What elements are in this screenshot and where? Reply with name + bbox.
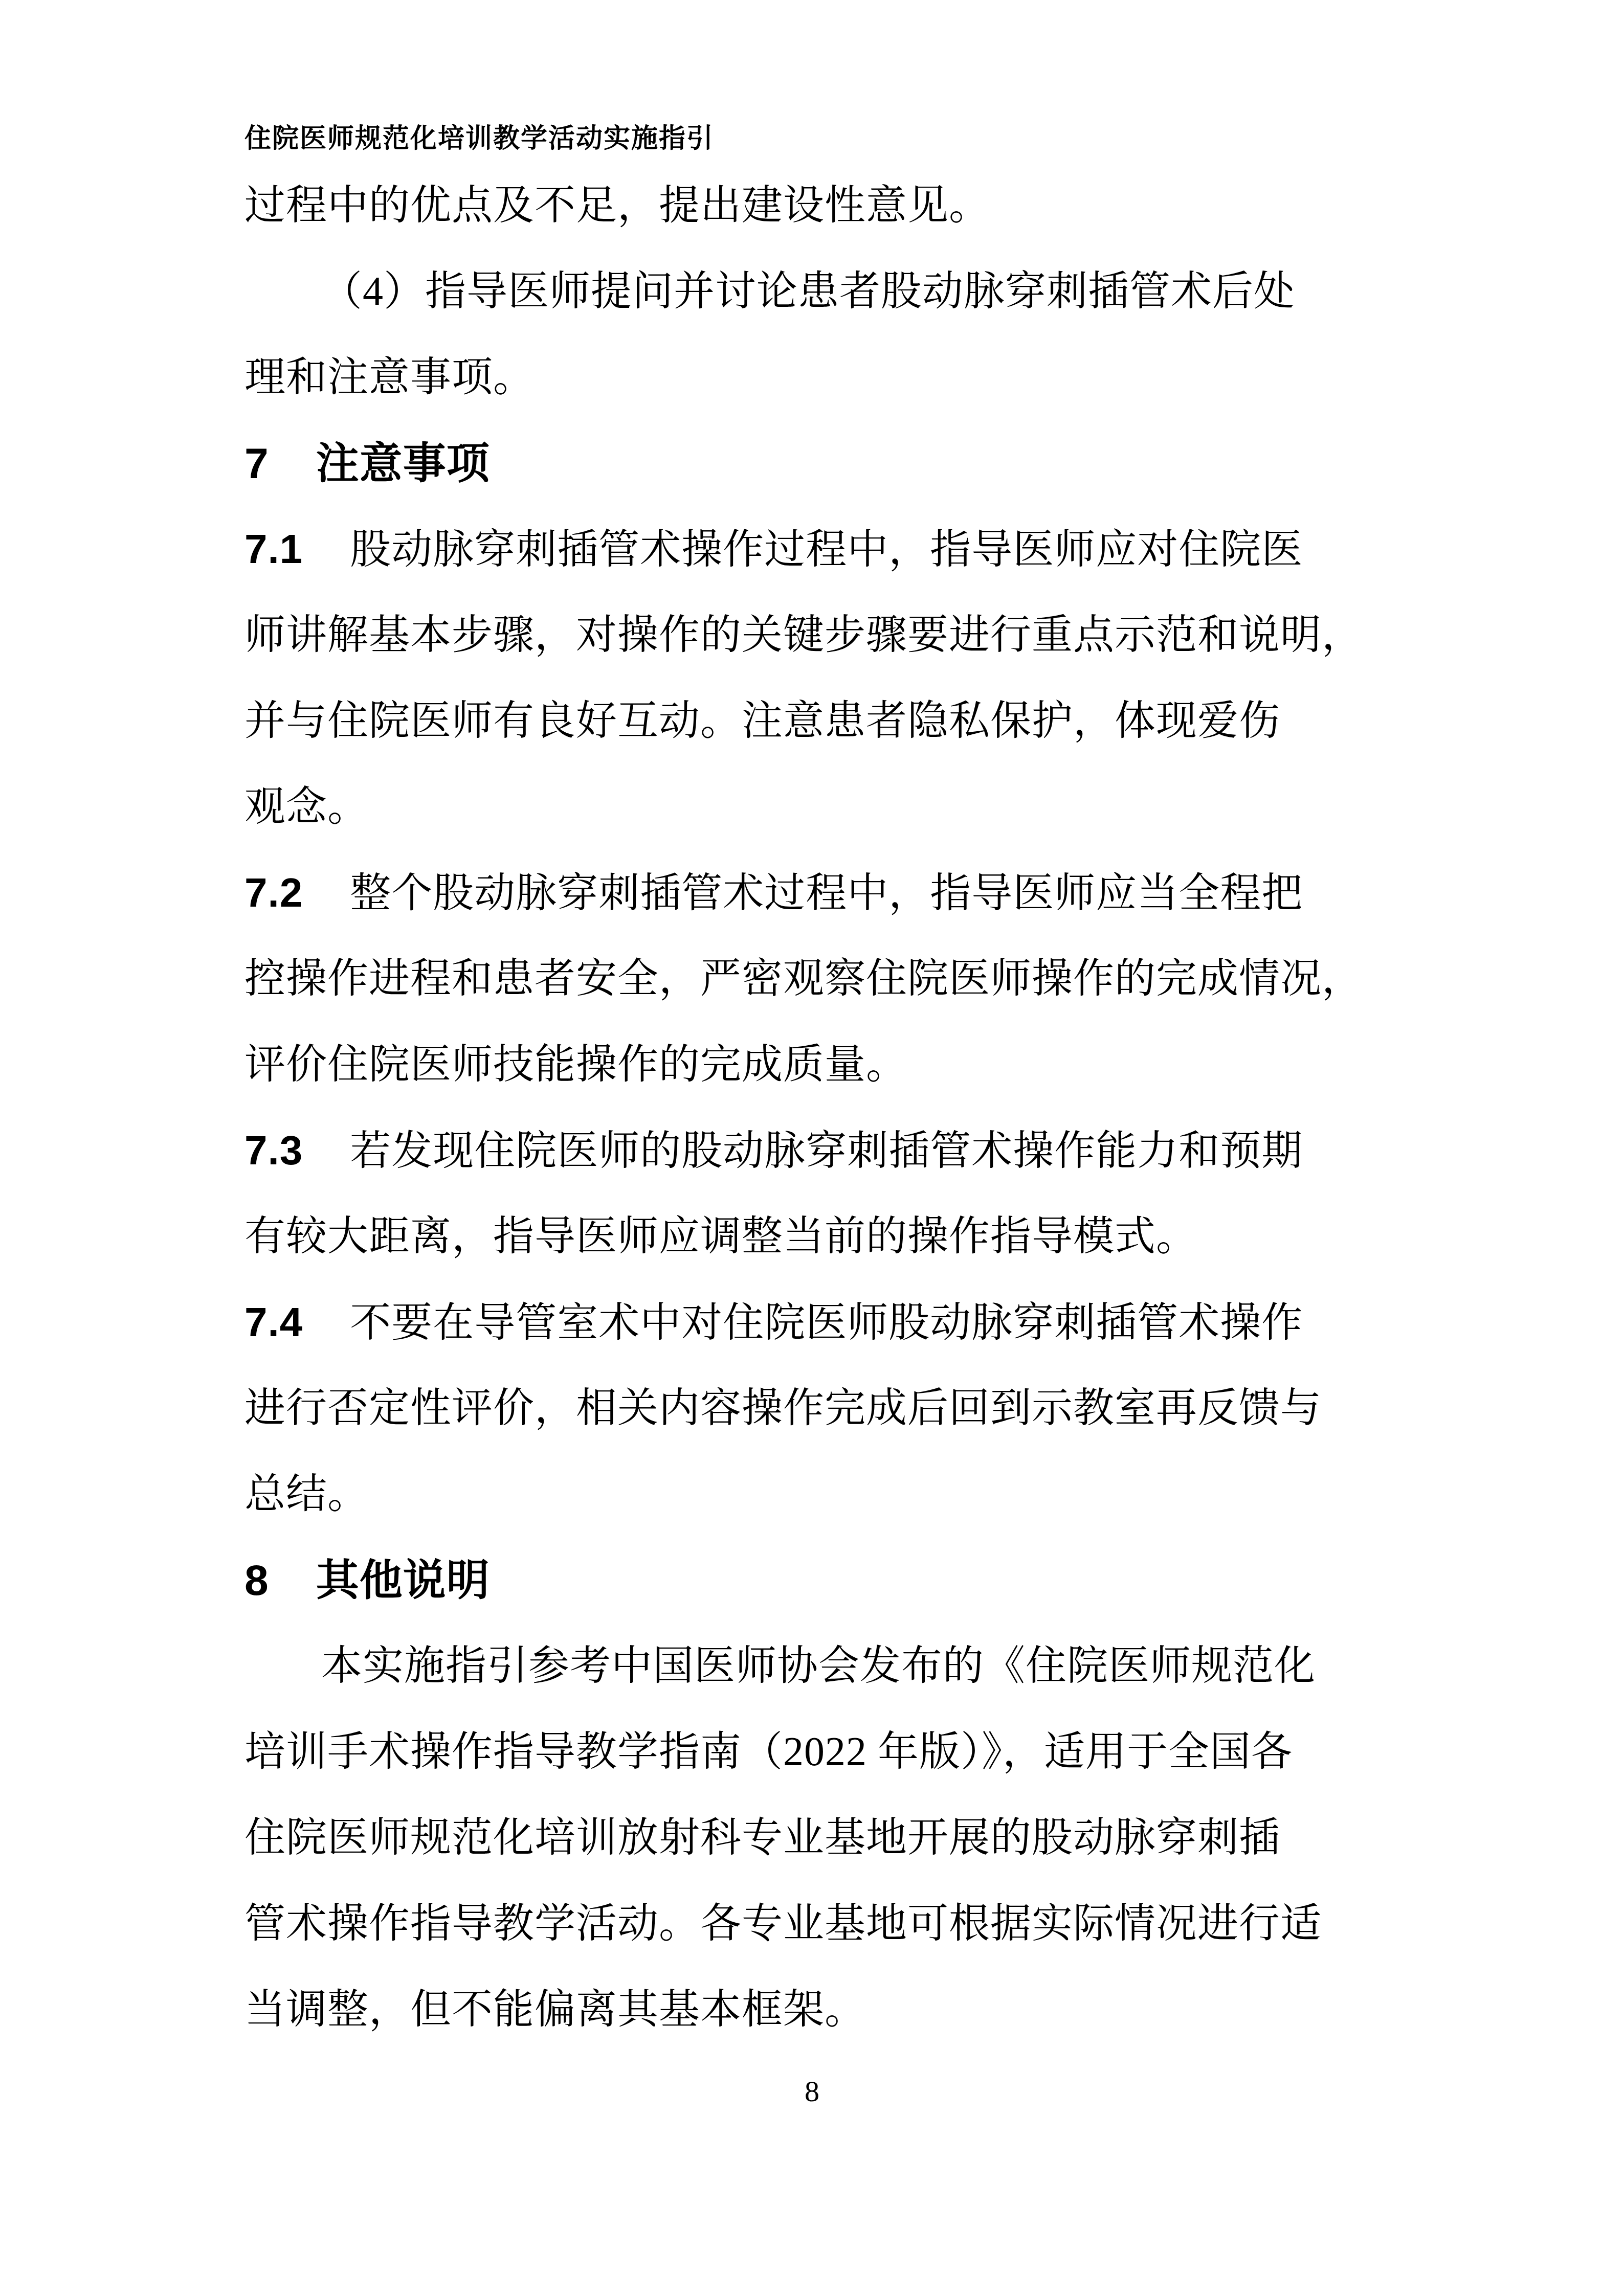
paragraph-line: 师讲解基本步骤，对操作的关键步骤要进行重点示范和说明，: [244, 592, 1385, 678]
document-page: 住院医师规范化培训教学活动实施指引 过程中的优点及不足，提出建设性意见。 （4）…: [0, 0, 1624, 2296]
section-7-number: 7: [244, 439, 269, 487]
item-7-3-text: 若发现住院医师的股动脉穿刺插管术操作能力和预期: [350, 1129, 1303, 1174]
paragraph-line: 进行否定性评价，相关内容操作完成后回到示教室再反馈与: [244, 1365, 1385, 1451]
section-8-heading: 8其他说明: [244, 1537, 1385, 1623]
paragraph-line: 本实施指引参考中国医师协会发布的《住院医师规范化: [244, 1623, 1385, 1709]
section-7-title: 注意事项: [316, 439, 490, 487]
paragraph-line: 7.3若发现住院医师的股动脉穿刺插管术操作能力和预期: [244, 1108, 1385, 1194]
section-8-title: 其他说明: [316, 1556, 490, 1604]
paragraph-line: 控操作进程和患者安全，严密观察住院医师操作的完成情况，: [244, 936, 1385, 1022]
paragraph-line: 总结。: [244, 1451, 1385, 1537]
section-7-heading: 7注意事项: [244, 420, 1385, 506]
paragraph-line: 7.2整个股动脉穿刺插管术过程中，指导医师应当全程把: [244, 850, 1385, 936]
paragraph-line: 7.1股动脉穿刺插管术操作过程中，指导医师应对住院医: [244, 506, 1385, 592]
item-7-2-number: 7.2: [244, 870, 303, 915]
item-7-1-number: 7.1: [244, 526, 303, 572]
item-7-4-text: 不要在导管室术中对住院医师股动脉穿刺插管术操作: [350, 1300, 1303, 1345]
item-7-4-number: 7.4: [244, 1299, 303, 1345]
paragraph-line: 观念。: [244, 764, 1385, 850]
paragraph-line: 有较大距离，指导医师应调整当前的操作指导模式。: [244, 1194, 1385, 1279]
paragraph-line: 住院医师规范化培训放射科专业基地开展的股动脉穿刺插: [244, 1795, 1385, 1881]
paragraph-line: （4）指导医师提问并讨论患者股动脉穿刺插管术后处: [244, 249, 1385, 334]
paragraph-line: 7.4不要在导管室术中对住院医师股动脉穿刺插管术操作: [244, 1279, 1385, 1365]
paragraph-line: 并与住院医师有良好互动。注意患者隐私保护，体现爱伤: [244, 678, 1385, 764]
paragraph-line: 过程中的优点及不足，提出建设性意见。: [244, 163, 1385, 249]
item-7-1-text: 股动脉穿刺插管术操作过程中，指导医师应对住院医: [350, 527, 1303, 572]
page-number: 8: [0, 2074, 1624, 2108]
paragraph-line: 理和注意事项。: [244, 334, 1385, 420]
paragraph-line: 培训手术操作指导教学指南（2022 年版）》，适用于全国各: [244, 1709, 1385, 1795]
paragraph-line: 管术操作指导教学活动。各专业基地可根据实际情况进行适: [244, 1881, 1385, 1967]
paragraph-line: 评价住院医师技能操作的完成质量。: [244, 1022, 1385, 1108]
section-8-number: 8: [244, 1556, 269, 1604]
item-7-3-number: 7.3: [244, 1128, 303, 1173]
item-7-2-text: 整个股动脉穿刺插管术过程中，指导医师应当全程把: [350, 871, 1303, 916]
document-body: 过程中的优点及不足，提出建设性意见。 （4）指导医师提问并讨论患者股动脉穿刺插管…: [244, 163, 1385, 2053]
running-header: 住院医师规范化培训教学活动实施指引: [244, 117, 714, 155]
paragraph-line: 当调整，但不能偏离其基本框架。: [244, 1967, 1385, 2053]
